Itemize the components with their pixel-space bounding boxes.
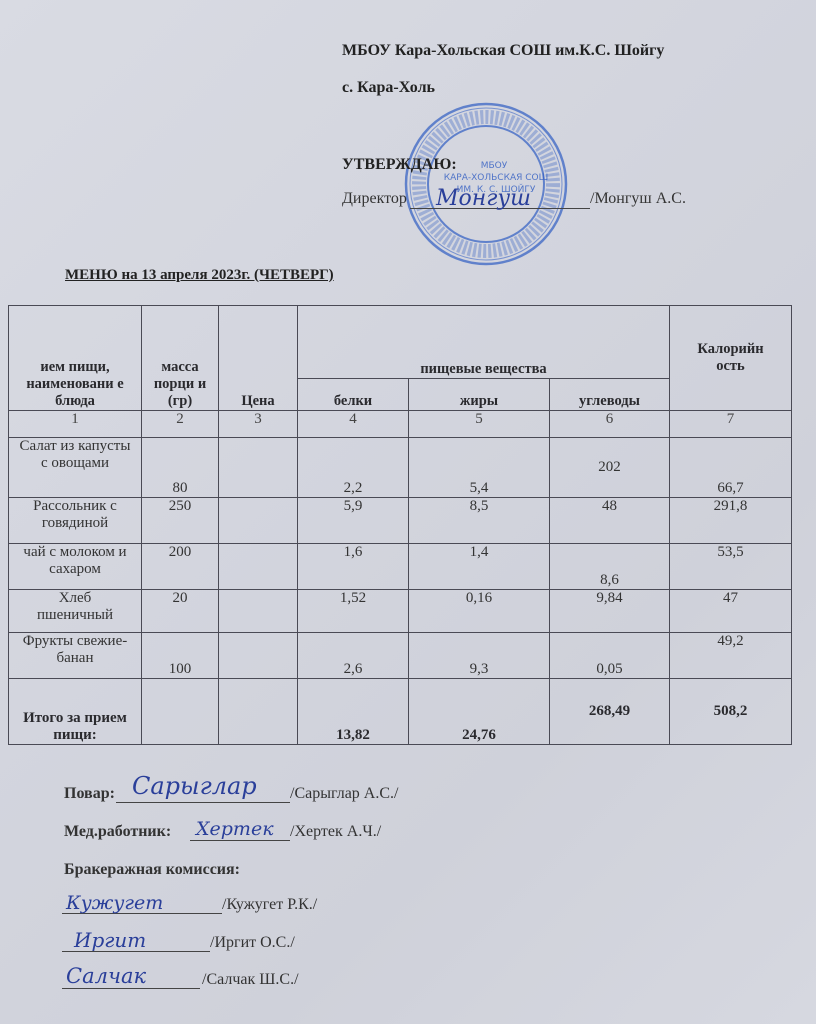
calories-cell: 53,5 (670, 544, 792, 590)
fat-cell: 0,16 (409, 590, 550, 633)
svg-text:МБОУ: МБОУ (481, 161, 508, 171)
medic-name: /Хертек А.Ч./ (290, 823, 381, 841)
carbs-cell: 48 (550, 498, 670, 544)
price-cell (219, 544, 298, 590)
calories-cell: 291,8 (670, 498, 792, 544)
director-signature: Монгуш (436, 186, 531, 211)
school-name: МБОУ Кара-Хольская СОШ им.К.С. Шойгу (342, 42, 664, 60)
director-label: Директор (342, 190, 407, 208)
table-row: Рассольник с говядиной 250 5,9 8,5 48 29… (9, 498, 792, 544)
protein-cell: 1,6 (298, 544, 409, 590)
commission-member-name: /Иргит О.С./ (210, 934, 295, 952)
menu-title: МЕНЮ на 13 апреля 2023г. (ЧЕТВЕРГ) (65, 267, 334, 284)
school-stamp-icon: МБОУ КАРА-ХОЛЬСКАЯ СОШ ИМ. К. С. ШОЙГУ (398, 100, 574, 268)
carbs-cell: 202 (550, 438, 670, 498)
svg-text:КАРА-ХОЛЬСКАЯ СОШ: КАРА-ХОЛЬСКАЯ СОШ (444, 173, 549, 183)
price-cell (219, 438, 298, 498)
protein-cell: 1,52 (298, 590, 409, 633)
mass-cell: 200 (142, 544, 219, 590)
fat-cell: 8,5 (409, 498, 550, 544)
protein-cell: 2,6 (298, 633, 409, 679)
header-nutrients: пищевые вещества (298, 306, 670, 379)
total-protein: 13,82 (298, 679, 409, 745)
commission-signature: Иргит (74, 928, 146, 952)
column-number: 7 (670, 411, 792, 438)
column-number: 2 (142, 411, 219, 438)
table-row: Хлеб пшеничный 20 1,52 0,16 9,84 47 (9, 590, 792, 633)
medic-signature: Хертек (196, 818, 274, 840)
commission-label: Бракеражная комиссия: (64, 861, 240, 879)
cook-label: Повар: (64, 785, 115, 803)
column-number: 1 (9, 411, 142, 438)
dish-name: Салат из капусты с овощами (9, 438, 142, 498)
price-cell (219, 498, 298, 544)
header-dish: ием пищи, наименовани е блюда (9, 306, 142, 411)
mass-cell: 100 (142, 633, 219, 679)
total-fat: 24,76 (409, 679, 550, 745)
price-cell (219, 590, 298, 633)
table-row: Фрукты свежие-банан 100 2,6 9,3 0,05 49,… (9, 633, 792, 679)
table-row: чай с молоком и сахаром 200 1,6 1,4 8,6 … (9, 544, 792, 590)
fat-cell: 5,4 (409, 438, 550, 498)
cook-signature: Сарыглар (132, 772, 257, 800)
total-calories: 508,2 (670, 679, 792, 745)
mass-cell: 250 (142, 498, 219, 544)
header-protein: белки (298, 379, 409, 411)
carbs-cell: 0,05 (550, 633, 670, 679)
commission-signature: Салчак (66, 964, 146, 988)
price-cell (219, 633, 298, 679)
menu-table: ием пищи, наименовани е блюда масса порц… (8, 305, 792, 745)
fat-cell: 9,3 (409, 633, 550, 679)
total-carbs: 268,49 (550, 679, 670, 745)
commission-signature-line (62, 988, 200, 989)
header-price: Цена (219, 306, 298, 411)
director-name: /Монгуш А.С. (590, 190, 686, 208)
column-numbers-row: 1 2 3 4 5 6 7 (9, 411, 792, 438)
village-name: с. Кара-Холь (342, 79, 435, 97)
calories-cell: 47 (670, 590, 792, 633)
cook-signature-line (116, 802, 290, 803)
cook-name: /Сарыглар А.С./ (290, 785, 398, 803)
commission-signature: Кужугет (66, 892, 163, 914)
protein-cell: 5,9 (298, 498, 409, 544)
column-number: 4 (298, 411, 409, 438)
commission-member-name: /Кужугет Р.К./ (222, 896, 317, 914)
calories-cell: 49,2 (670, 633, 792, 679)
medic-signature-line (190, 840, 290, 841)
column-number: 6 (550, 411, 670, 438)
calories-cell: 66,7 (670, 438, 792, 498)
dish-name: Хлеб пшеничный (9, 590, 142, 633)
carbs-cell: 8,6 (550, 544, 670, 590)
column-number: 3 (219, 411, 298, 438)
medic-label: Мед.работник: (64, 823, 171, 841)
total-label: Итого за прием пищи: (9, 679, 142, 745)
price-cell (219, 679, 298, 745)
dish-name: Фрукты свежие-банан (9, 633, 142, 679)
fat-cell: 1,4 (409, 544, 550, 590)
header-calories: Калорийн ость (670, 306, 792, 411)
dish-name: Рассольник с говядиной (9, 498, 142, 544)
approve-label: УТВЕРЖДАЮ: (342, 156, 457, 174)
table-row: Салат из капусты с овощами 80 2,2 5,4 20… (9, 438, 792, 498)
mass-cell: 20 (142, 590, 219, 633)
commission-member-name: /Салчак Ш.С./ (202, 971, 299, 989)
header-fat: жиры (409, 379, 550, 411)
protein-cell: 2,2 (298, 438, 409, 498)
header-carbs: углеводы (550, 379, 670, 411)
total-row: Итого за прием пищи: 13,82 24,76 268,49 … (9, 679, 792, 745)
header-mass: масса порци и (гр) (142, 306, 219, 411)
mass-cell: 80 (142, 438, 219, 498)
dish-name: чай с молоком и сахаром (9, 544, 142, 590)
mass-cell (142, 679, 219, 745)
column-number: 5 (409, 411, 550, 438)
carbs-cell: 9,84 (550, 590, 670, 633)
